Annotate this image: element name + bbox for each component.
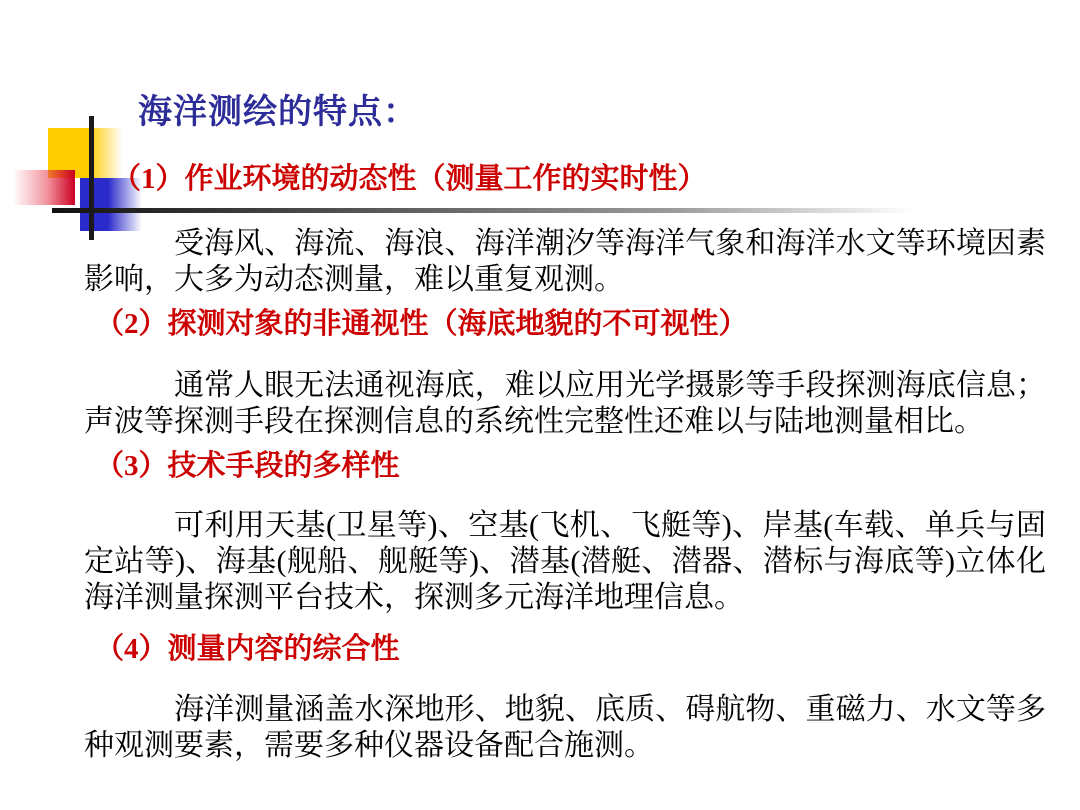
page-title: 海洋测绘的特点：: [138, 84, 418, 133]
horizontal-divider-line: [52, 208, 932, 213]
section-2-body: 通常人眼无法通视海底，难以应用光学摄影等手段探测海底信息；声波等探测手段在探测信…: [84, 368, 1046, 440]
slide: 海洋测绘的特点： （1）作业环境的动态性（测量工作的实时性） 受海风、海流、海浪…: [0, 0, 1080, 810]
section-3-heading: （3）技术手段的多样性: [95, 450, 400, 483]
section-1-heading: （1）作业环境的动态性（测量工作的实时性）: [112, 163, 707, 196]
vertical-accent-line: [89, 116, 94, 240]
section-1-body: 受海风、海流、海浪、海洋潮汐等海洋气象和海洋水文等环境因素影响，大多为动态测量，…: [84, 226, 1046, 298]
section-2-heading: （2）探测对象的非通视性（海底地貌的不可视性）: [95, 308, 748, 341]
accent-red-square: [13, 170, 75, 205]
section-3-body: 可利用天基(卫星等)、空基(飞机、飞艇等)、岸基(车载、单兵与固定站等)、海基(…: [84, 508, 1046, 616]
section-4-heading: （4）测量内容的综合性: [95, 633, 400, 666]
section-4-body: 海洋测量涵盖水深地形、地貌、底质、碍航物、重磁力、水文等多种观测要素，需要多种仪…: [84, 692, 1046, 764]
